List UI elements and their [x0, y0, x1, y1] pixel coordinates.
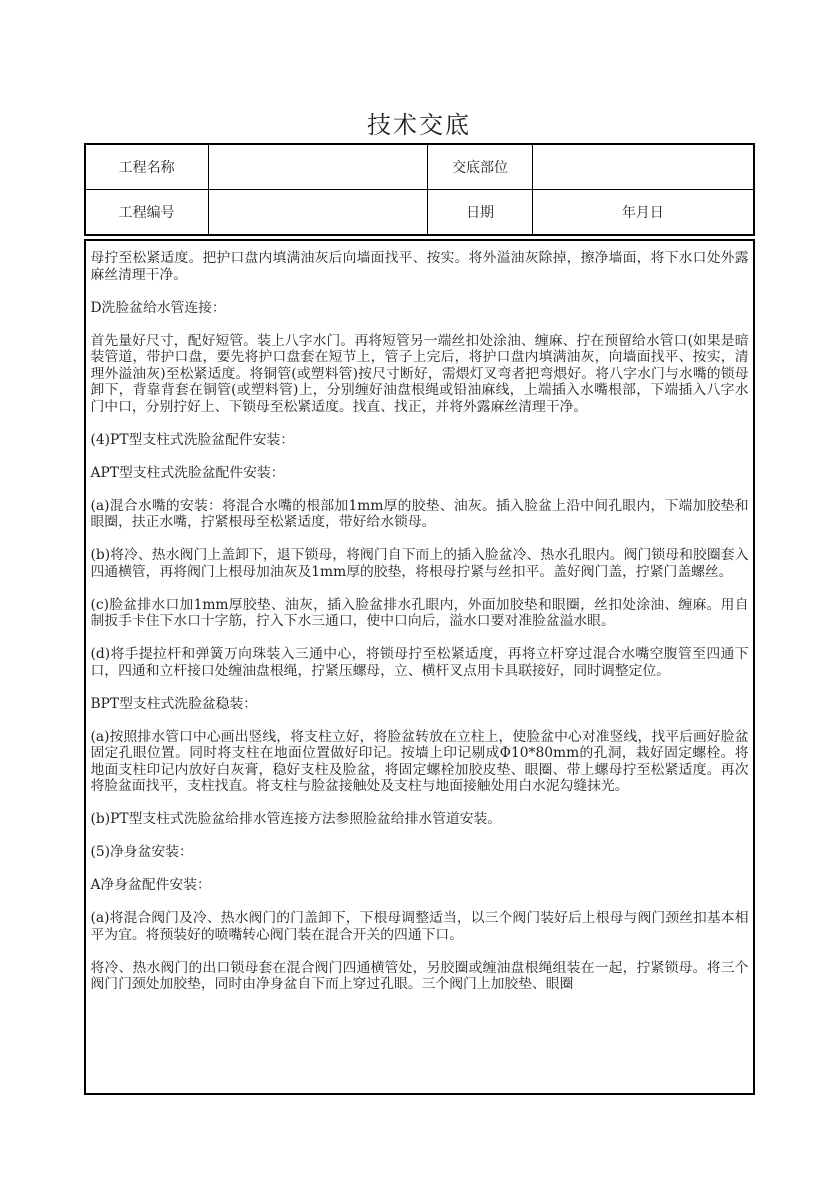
- info-table-row: 工程名称 交底部位: [85, 144, 754, 190]
- disclosure-part-label: 交底部位: [427, 144, 532, 190]
- document-page: { "title": "技术交底", "info_table": { "row1…: [0, 0, 838, 1186]
- project-name-value: [208, 144, 427, 190]
- body-paragraph: (c)脸盆排水口加1mm厚胶垫、油灰，插入脸盆排水孔眼内，外面加胶垫和眼圈，丝扣…: [91, 597, 749, 630]
- project-number-label: 工程编号: [85, 190, 209, 236]
- document-content: 技术交底 工程名称 交底部位 工程编号 日期 年月日 母拧至松紧适度。把护口盘内…: [84, 0, 755, 1095]
- document-body: 母拧至松紧适度。把护口盘内填满油灰后向墙面找平、按实。将外溢油灰除掉，擦净墙面，…: [84, 239, 755, 1095]
- project-number-value: [208, 190, 427, 236]
- body-paragraph: (b)PT型支柱式洗脸盆给排水管连接方法参照脸盆给排水管道安装。: [91, 811, 749, 828]
- body-paragraph: 将冷、热水阀门的出口锁母套在混合阀门四通横管处，另胶圈或缠油盘根绳组装在一起，拧…: [91, 960, 749, 993]
- body-paragraph: (a)按照排水管口中心画出竖线，将支柱立好，将脸盆转放在立柱上，使脸盆中心对准竖…: [91, 729, 749, 795]
- body-paragraph: BPT型支柱式洗脸盆稳装：: [91, 696, 749, 713]
- body-paragraph: (d)将手提拉杆和弹簧万向珠装入三通中心，将锁母拧至松紧适度，再将立杆穿过混合水…: [91, 646, 749, 679]
- body-paragraph: (b)将冷、热水阀门上盖卸下，退下锁母，将阀门自下而上的插入脸盆冷、热水孔眼内。…: [91, 547, 749, 580]
- body-paragraph: APT型支柱式洗脸盆配件安装：: [91, 465, 749, 482]
- body-paragraph: 首先量好尺寸，配好短管。装上八字水门。再将短管另一端丝扣处涂油、缠麻、拧在预留给…: [91, 333, 749, 416]
- date-label: 日期: [427, 190, 532, 236]
- body-paragraph: D洗脸盆给水管连接：: [91, 300, 749, 317]
- body-paragraph: A净身盆配件安装：: [91, 877, 749, 894]
- body-paragraph: (5)净身盆安装：: [91, 844, 749, 861]
- info-table: 工程名称 交底部位 工程编号 日期 年月日: [84, 143, 755, 236]
- body-paragraph: (4)PT型支柱式洗脸盆配件安装：: [91, 432, 749, 449]
- info-table-row: 工程编号 日期 年月日: [85, 190, 754, 236]
- date-value: 年月日: [533, 190, 754, 236]
- document-title: 技术交底: [84, 110, 755, 140]
- project-name-label: 工程名称: [85, 144, 209, 190]
- body-paragraph: (a)将混合阀门及冷、热水阀门的门盖卸下，下根母调整适当，以三个阀门装好后上根母…: [91, 910, 749, 943]
- disclosure-part-value: [533, 144, 754, 190]
- body-paragraph: (a)混合水嘴的安装：将混合水嘴的根部加1mm厚的胶垫、油灰。插入脸盆上沿中间孔…: [91, 498, 749, 531]
- body-paragraph: 母拧至松紧适度。把护口盘内填满油灰后向墙面找平、按实。将外溢油灰除掉，擦净墙面，…: [91, 250, 749, 283]
